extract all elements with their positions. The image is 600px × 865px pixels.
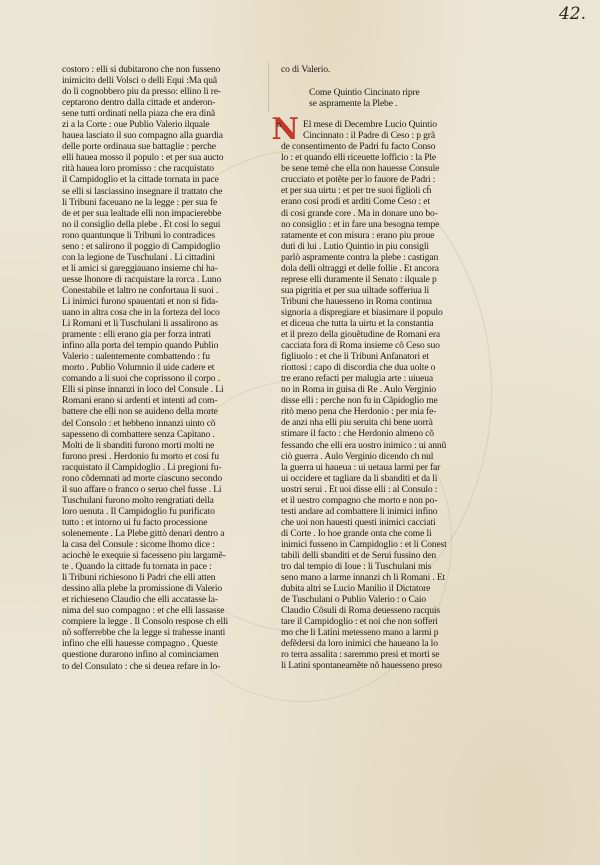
text-line: uostri serui . Et uoi disse elli : al Co… bbox=[281, 484, 481, 495]
text-line: uesse lhonore di racquistare la rorca . … bbox=[62, 274, 258, 285]
text-line: elli hauea mosso il populo : et per sua … bbox=[62, 152, 258, 163]
right-text-column: co di Valerio. Come Quintio Cincinato ri… bbox=[281, 64, 481, 671]
text-line: no consiglio : et in fare una besogna te… bbox=[281, 219, 481, 230]
text-line: aciochè le exequie si facesseno piu larg… bbox=[62, 550, 258, 561]
text-line: infino alla porta del tempio quando Publ… bbox=[62, 340, 258, 351]
red-initial-letter: N bbox=[271, 115, 299, 145]
text-line: sapesseno di combattere senza Capitano . bbox=[62, 429, 258, 440]
text-line: li Tribuni richiesono li Padri che elli … bbox=[62, 572, 258, 583]
text-line: uano in altra cosa che in la forteza del… bbox=[62, 307, 258, 318]
text-line: mo che li Latini metesseno mano a larmi … bbox=[281, 627, 481, 638]
text-line: Li inimici furono spauentati et non si f… bbox=[62, 296, 258, 307]
text-line: il suo affare o franco o seruo chel fuss… bbox=[62, 484, 258, 495]
text-line: et li amici si gareggiauano insieme chi … bbox=[62, 263, 258, 274]
text-line: costoro : elli si dubitarono che non fus… bbox=[62, 64, 258, 75]
text-line: Tribuni che hauesseno in Roma continua bbox=[281, 296, 481, 307]
text-line: che uoi non hauesti questi inimici cacci… bbox=[281, 517, 481, 528]
text-line: Claudio Cõsuli di Roma deuesseno racquis bbox=[281, 605, 481, 616]
text-line: ro terra assalita : saremmo presi et mor… bbox=[281, 649, 481, 660]
text-line: inimicito delli Volsci o delli Equi :Ma … bbox=[62, 75, 258, 86]
text-line: ciò guerra . Aulo Verginio dicendo ch nu… bbox=[281, 451, 481, 462]
text-line: rono quantunque li Tribuni lo contradice… bbox=[62, 230, 258, 241]
text-line: be sene temè che ella non hauesse Consul… bbox=[281, 163, 481, 174]
text-line: de Tuschulani o Publio Valerio : o Caio bbox=[281, 594, 481, 605]
continuation-line: co di Valerio. bbox=[281, 64, 481, 75]
text-line: la casa del Consule : sicome lhomo dice … bbox=[62, 539, 258, 550]
text-line: Valerio : ualentemente combattendo : fu bbox=[62, 351, 258, 362]
text-line: de consentimento de Padri fu facto Conso bbox=[281, 141, 481, 152]
text-line: loro uenuta . Il Campidoglio fu purifica… bbox=[62, 506, 258, 517]
chapter-heading-line-1: Come Quintio Cincinato ripre bbox=[309, 87, 481, 98]
text-line: Tuschulani furono molto rengratiati dell… bbox=[62, 495, 258, 506]
text-line: testi andare ad combattere li inimici in… bbox=[281, 506, 481, 517]
text-line: signoria a dispregiare et biasimare il p… bbox=[281, 307, 481, 318]
text-line: seno : et salirono il poggio di Campidog… bbox=[62, 241, 258, 252]
text-line: nima del suo compagno : et che elli lass… bbox=[62, 605, 258, 616]
text-line: erano cosi prodi et arditi Come Ceso : e… bbox=[281, 196, 481, 207]
text-line: compiere la legge . Il Consolo respose c… bbox=[62, 616, 258, 627]
text-line: figliuolo : et che li Tribuni Anfanatori… bbox=[281, 351, 481, 362]
text-line: dola delli oltraggi et delle follie . Et… bbox=[281, 263, 481, 274]
text-line: represe elli duramente il Senato : ilqua… bbox=[281, 274, 481, 285]
text-line: Elli si pinse innanzi in loco del Consul… bbox=[62, 384, 258, 395]
text-line: rità hauea loro promisso : che racquista… bbox=[62, 163, 258, 174]
text-line: de et per sua lealtade elli non impacier… bbox=[62, 208, 258, 219]
text-line: pramente : elli erano gia per forza intr… bbox=[62, 329, 258, 340]
text-line: il Campidoglio et la cittade tornata in … bbox=[62, 174, 258, 185]
text-line: rono cõdemnati ad morte ciascuno secondo bbox=[62, 473, 258, 484]
gutter-crease bbox=[268, 62, 269, 112]
text-line: racquistato il Campidoglio . Li pregioni… bbox=[62, 462, 258, 473]
text-line: con la legione de Tuschulani . Li cittad… bbox=[62, 252, 258, 263]
text-line: te . Quando la cittade fu tornata in pac… bbox=[62, 561, 258, 572]
text-line: defẽdersi da loro inimici che haueano la… bbox=[281, 638, 481, 649]
text-line: furono presi . Herdonio fu morto et cosi… bbox=[62, 451, 258, 462]
text-line: inimici fusseno in Campidoglio : et li C… bbox=[281, 539, 481, 550]
text-line: no in Roma in guisa di Re . Aulo Vergini… bbox=[281, 384, 481, 395]
text-line: stimare il facto : che Herdonio almeno c… bbox=[281, 428, 481, 439]
text-line: lo : et quando elli riceuette lofficio :… bbox=[281, 152, 481, 163]
text-line: dessino alla plebe la promissione di Val… bbox=[62, 583, 258, 594]
text-line: et richieseno Claudio che elli accatasse… bbox=[62, 594, 258, 605]
text-line: to del Consulato : che si deuea refare i… bbox=[62, 661, 258, 672]
text-line: infino che elli hauesse compagno . Quest… bbox=[62, 638, 258, 649]
text-line: sua pigritia et per sua uiltade sofferiu… bbox=[281, 285, 481, 296]
text-line: Cincinnato : il Padre di Ceso : p grã bbox=[281, 130, 481, 141]
text-line: tro dal tempio di Ioue : li Tuschulani m… bbox=[281, 561, 481, 572]
text-line: duti di lui . Lutio Quintio in piu consi… bbox=[281, 241, 481, 252]
text-line: Li Romani et li Tuschulani li assalirono… bbox=[62, 318, 258, 329]
text-line: comando a li suoi che coprissono il corp… bbox=[62, 373, 258, 384]
text-line: et il prezo della giouẽtudine de Romani … bbox=[281, 329, 481, 340]
text-line: del Consolo : et hebbeno innanzi uinto c… bbox=[62, 418, 258, 429]
text-line: Molti de li sbanditi furono morti molti … bbox=[62, 440, 258, 451]
text-line: disse elli : perche non fu in Cãpidoglio… bbox=[281, 395, 481, 406]
text-line: ceptarono dentro dalla cittade et andero… bbox=[62, 97, 258, 108]
text-line: zi a la Corte : oue Publio Valerio ilqua… bbox=[62, 119, 258, 130]
text-line: no il consiglio della plebe . Et cosi lo… bbox=[62, 219, 258, 230]
text-line: et per sua uirtu : et per tre suoi figli… bbox=[281, 185, 481, 196]
text-line: battere che elli non se auideno della mo… bbox=[62, 406, 258, 417]
decorated-initial-block: N n El mese di Decembre Lucio Quintio Ci… bbox=[281, 119, 481, 141]
text-line: El mese di Decembre Lucio Quintio bbox=[281, 119, 481, 130]
text-line: la guerra ui haueua : ui uetaua larmi pe… bbox=[281, 462, 481, 473]
text-line: fessando che elli era uostro inimico : u… bbox=[281, 440, 481, 451]
text-line: Romani erano si ardenti et intenti ad co… bbox=[62, 395, 258, 406]
text-line: di Corte . Io hoe grande onta che come l… bbox=[281, 528, 481, 539]
text-line: morto . Publio Volumnio il uide cadere e… bbox=[62, 362, 258, 373]
text-line: tabili delli sbanditi et de Serui fussin… bbox=[281, 550, 481, 561]
text-line: hauea lasciato il suo compagno alla guar… bbox=[62, 130, 258, 141]
text-line: do li cognobbero piu da presso: ellino l… bbox=[62, 86, 258, 97]
text-line: Conestabile et laltro ne confortaua li s… bbox=[62, 285, 258, 296]
text-line: sene tutti ordinati nella piaza che era … bbox=[62, 108, 258, 119]
text-line: de anzi nha elli piu seruita chi bene uo… bbox=[281, 417, 481, 428]
text-line: questione durarono infino al cominciamen bbox=[62, 649, 258, 660]
text-line: tre erano refacti per malugia arte : uiu… bbox=[281, 373, 481, 384]
text-line: et diceua che tutta la uirtu et la const… bbox=[281, 318, 481, 329]
text-line: parlò aspramente contra la plebe : casti… bbox=[281, 252, 481, 263]
text-line: cacciata fora di Roma insieme cõ Ceso su… bbox=[281, 340, 481, 351]
folio-number: 42. bbox=[559, 4, 586, 24]
text-line: dubita altri se Lucio Manilio il Dictato… bbox=[281, 583, 481, 594]
text-line: nõ sofferrebbe che la legge si trahesse … bbox=[62, 627, 258, 638]
text-line: li Latini spontaneamẽte nõ hauesseno pre… bbox=[281, 660, 481, 671]
text-line: ratamente et con misura : erano piu prou… bbox=[281, 230, 481, 241]
text-line: di cosi grande core . Ma in donare uno b… bbox=[281, 208, 481, 219]
text-line: solenemente . La Plebe gittò denari dent… bbox=[62, 528, 258, 539]
manuscript-page: 42. costoro : elli si dubitarono che non… bbox=[0, 0, 600, 865]
text-line: tutto : et intorno ui fu facto processio… bbox=[62, 517, 258, 528]
text-line: crucciato et potẽte per lo fauore de Pad… bbox=[281, 174, 481, 185]
text-line: tare il Campidoglio : et noi che non sof… bbox=[281, 616, 481, 627]
text-line: seno mano a larme innanzi ch li Romani .… bbox=[281, 572, 481, 583]
text-line: ritò meno pena che Herdonio : per mia fe… bbox=[281, 406, 481, 417]
text-line: se elli si lasciassino insegnare il trat… bbox=[62, 186, 258, 197]
text-line: li Tribuni faceuano ne la legge : per su… bbox=[62, 197, 258, 208]
text-line: ui occidere et tagliare da li sbanditi e… bbox=[281, 473, 481, 484]
guide-letter: n bbox=[277, 119, 281, 130]
text-line: delle porte ordinaua sue battaglie : per… bbox=[62, 141, 258, 152]
text-line: riottosi : capo di discordia che dua uol… bbox=[281, 362, 481, 373]
chapter-heading-line-2: se aspramente la Plebe . bbox=[309, 98, 481, 109]
text-line: et il uestro compagno che morto e non po… bbox=[281, 495, 481, 506]
left-text-column: costoro : elli si dubitarono che non fus… bbox=[62, 64, 258, 672]
